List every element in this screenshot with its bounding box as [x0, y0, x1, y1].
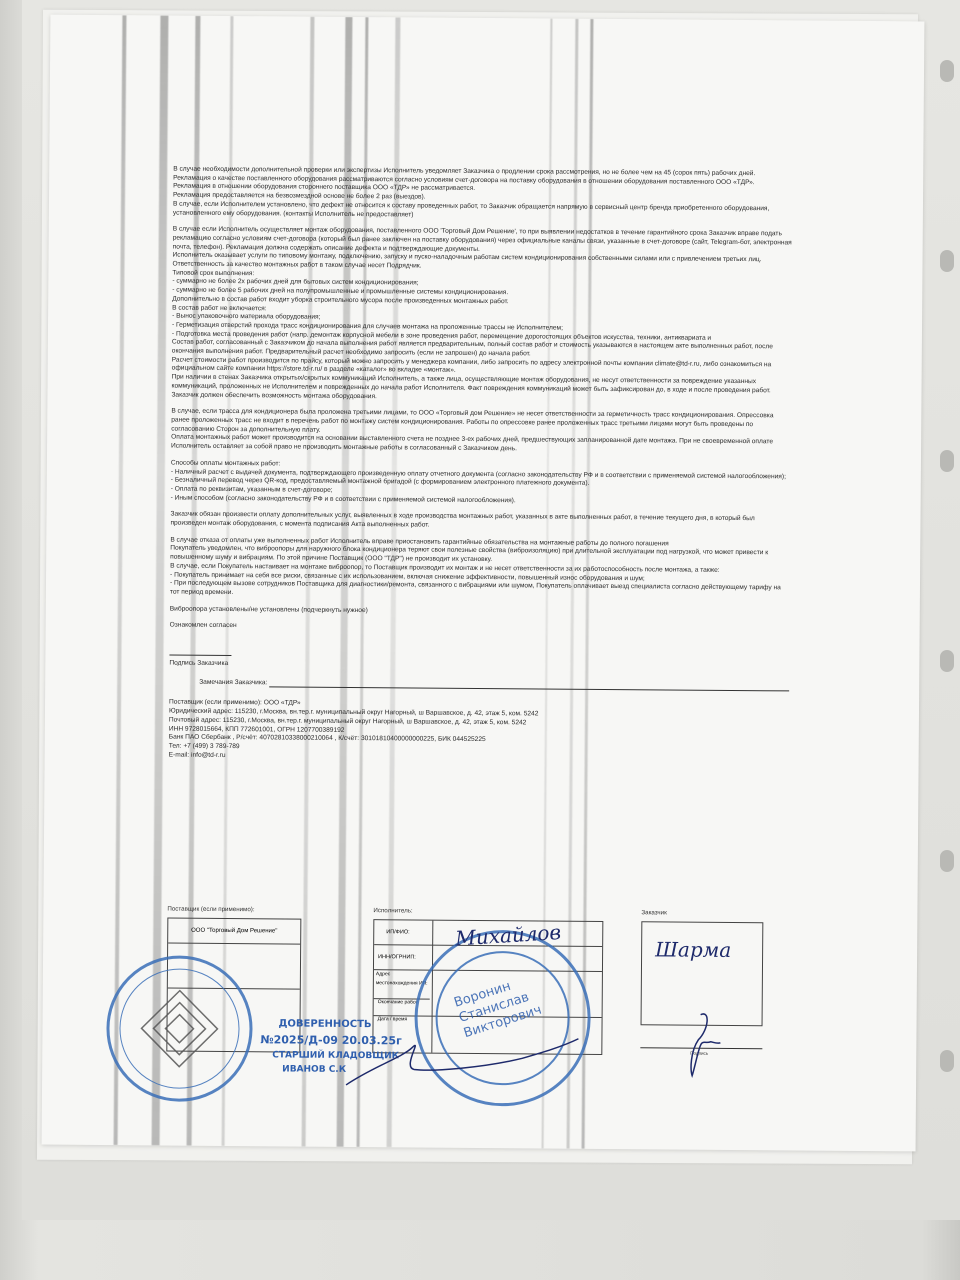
- supplier-details: Поставщик (если применимо): ООО «ТДР» Юр…: [169, 699, 789, 765]
- supplier-stamp: [106, 955, 253, 1102]
- customer-table-label: Заказчик: [641, 909, 666, 916]
- customer-signature-line: [169, 645, 231, 656]
- customer-signature-label: Подпись Заказчика: [169, 659, 789, 673]
- customer-handwritten-name: Шарма: [655, 937, 731, 962]
- contractor-table-label: Исполнитель:: [373, 907, 412, 914]
- payment-methods-section: Способы оплаты монтажных работ: - Наличн…: [171, 459, 791, 507]
- punch-hole: [940, 850, 954, 872]
- installation-section: В случае если Исполнитель осуществляет м…: [171, 226, 792, 405]
- paragraph: При наличии в стенах Заказчика открытых/…: [171, 374, 791, 405]
- warranty-section: В случае необходимости дополнительной пр…: [173, 166, 793, 223]
- remarks-label: Замечания Заказчика:: [199, 679, 267, 688]
- customer-signature-icon: [670, 1009, 731, 1079]
- document-body: В случае необходимости дополнительной пр…: [169, 166, 794, 765]
- supplier-table-label: Поставщик (если применимо):: [167, 906, 254, 914]
- punch-hole: [940, 250, 954, 272]
- punch-hole: [940, 650, 954, 672]
- contractor-signature-icon: [342, 1027, 582, 1089]
- supplier-table-name: ООО "Торговый Дом Решение": [168, 919, 300, 945]
- punch-hole: [940, 450, 954, 472]
- punch-hole: [940, 60, 954, 82]
- supplier-stamp-logo-icon: [139, 988, 220, 1069]
- poa-name: ИВАНОВ С.К: [282, 1064, 346, 1075]
- punch-hole: [940, 1050, 954, 1072]
- vibration-mounts-section: В случае отказа от оплаты уже выполненны…: [170, 536, 790, 602]
- third-party-section: В случае, если трасса для кондиционера б…: [171, 408, 791, 456]
- document-page: В случае необходимости дополнительной пр…: [42, 15, 925, 1152]
